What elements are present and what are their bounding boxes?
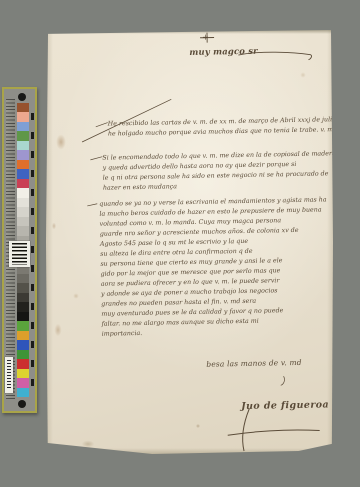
color-swatch xyxy=(17,131,29,140)
salutation: muy magco sr xyxy=(189,47,258,58)
closing-flourish xyxy=(281,376,285,385)
color-swatch xyxy=(17,369,29,378)
color-calibration-strip xyxy=(2,87,37,413)
color-swatch xyxy=(17,179,29,188)
color-swatch xyxy=(17,293,29,302)
paragraph-4: Agosto 545 pase lo q su mt le escrivio y… xyxy=(100,236,284,339)
color-swatch xyxy=(17,312,29,321)
paragraph-1: He rescibido las cartas de v. m. de xx m… xyxy=(108,115,356,140)
barcode-icon xyxy=(12,243,27,265)
paragraph-3: quando se ya no y verse la escrivania el… xyxy=(99,195,327,239)
registration-dot-icon xyxy=(18,93,26,101)
barcode-label xyxy=(9,241,30,267)
color-swatch xyxy=(17,141,29,150)
registration-dot-icon xyxy=(18,400,26,408)
color-swatch xyxy=(17,274,29,283)
invocation-mark: + xyxy=(202,33,209,42)
color-swatch xyxy=(17,302,29,311)
signature: Juo de figueroa xyxy=(241,399,329,412)
color-swatch xyxy=(17,217,29,226)
color-swatch xyxy=(17,169,29,178)
color-swatch xyxy=(17,378,29,387)
color-swatch xyxy=(17,350,29,359)
color-swatch xyxy=(17,359,29,368)
color-swatch xyxy=(17,321,29,330)
color-swatch xyxy=(17,160,29,169)
calibration-edge-marks xyxy=(31,113,34,393)
manuscript-page: + muy magco sr He rescibido las cartas d… xyxy=(46,30,333,454)
closing-line: besa las manos de v. md xyxy=(206,358,301,369)
signature-rubric xyxy=(228,430,320,436)
id-label-text-marks xyxy=(7,360,11,390)
color-swatch xyxy=(17,122,29,131)
color-swatch xyxy=(17,198,29,207)
color-swatch xyxy=(17,388,29,397)
handwriting-layer: + muy magco sr He rescibido las cartas d… xyxy=(42,27,337,456)
id-label xyxy=(5,357,13,393)
archival-photo: + muy magco sr He rescibido las cartas d… xyxy=(0,0,360,487)
color-swatch xyxy=(17,103,29,112)
color-swatch xyxy=(17,226,29,235)
color-swatch xyxy=(17,150,29,159)
color-swatch xyxy=(17,331,29,340)
signature-descender xyxy=(242,409,250,451)
color-swatch xyxy=(17,188,29,197)
manuscript-line: importancia. xyxy=(102,326,284,339)
color-swatch xyxy=(17,283,29,292)
color-swatch xyxy=(17,207,29,216)
color-swatch xyxy=(17,112,29,121)
paragraph-2: Si le encomendado todo lo que v. m. me d… xyxy=(102,149,336,193)
color-swatch xyxy=(17,340,29,349)
